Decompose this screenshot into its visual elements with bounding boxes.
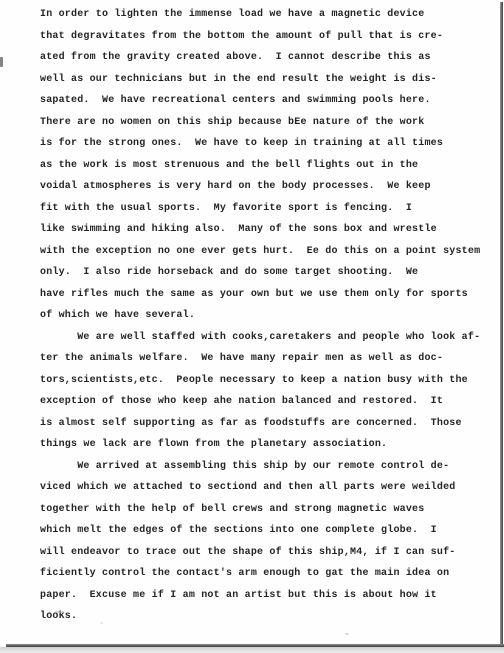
text-line: will endeavor to trace out the shape of …: [40, 542, 494, 564]
text-line: is almost self supporting as far as food…: [40, 413, 494, 435]
text-line: looks.: [40, 606, 494, 628]
text-line: with the exception no one ever gets hurt…: [40, 241, 494, 263]
page-edge-shadow-bottom-fade: [0, 647, 504, 653]
text-line: ficiently control the contact's arm enou…: [40, 563, 494, 585]
text-line: of which we have several.: [40, 305, 494, 327]
text-line: There are no women on this ship because …: [40, 112, 494, 134]
scan-artifact-smudge: [345, 633, 349, 635]
text-line: exception of those who keep ahe nation b…: [40, 391, 494, 413]
text-line: is for the strong ones. We have to keep …: [40, 133, 494, 155]
text-line: well as our technicians but in the end r…: [40, 69, 494, 91]
scan-artifact-left-notch: [0, 57, 3, 67]
scan-artifact-smudge: [100, 622, 103, 624]
text-line: sapated. We have recreational centers an…: [40, 90, 494, 112]
text-line: like swimming and hiking also. Many of t…: [40, 219, 494, 241]
text-line: ter the animals welfare. We have many re…: [40, 348, 494, 370]
text-line: viced which we attached to sectiond and …: [40, 477, 494, 499]
text-line: as the work is most strenuous and the be…: [40, 155, 494, 177]
text-line: tors,scientists,etc. People necessary to…: [40, 370, 494, 392]
text-line: fit with the usual sports. My favorite s…: [40, 198, 494, 220]
text-line: We are well staffed with cooks,caretaker…: [40, 327, 494, 349]
text-line: only. I also ride horseback and do some …: [40, 262, 494, 284]
text-line: ated from the gravity created above. I c…: [40, 47, 494, 69]
text-line: paper. Excuse me if I am not an artist b…: [40, 585, 494, 607]
text-line: which melt the edges of the sections int…: [40, 520, 494, 542]
page-edge-shadow-right: [500, 2, 503, 647]
text-line: that degravitates from the bottom the am…: [40, 26, 494, 48]
scan-artifact-smudge: [55, 611, 64, 613]
text-line: In order to lighten the immense load we …: [40, 4, 494, 26]
text-line: We arrived at assembling this ship by ou…: [40, 456, 494, 478]
text-line: things we lack are flown from the planet…: [40, 434, 494, 456]
text-line: have rifles much the same as your own bu…: [40, 284, 494, 306]
typewritten-text: In order to lighten the immense load we …: [40, 4, 494, 628]
scanned-letter-page: In order to lighten the immense load we …: [0, 0, 504, 653]
text-line: together with the help of bell crews and…: [40, 499, 494, 521]
text-line: voidal atmospheres is very hard on the b…: [40, 176, 494, 198]
